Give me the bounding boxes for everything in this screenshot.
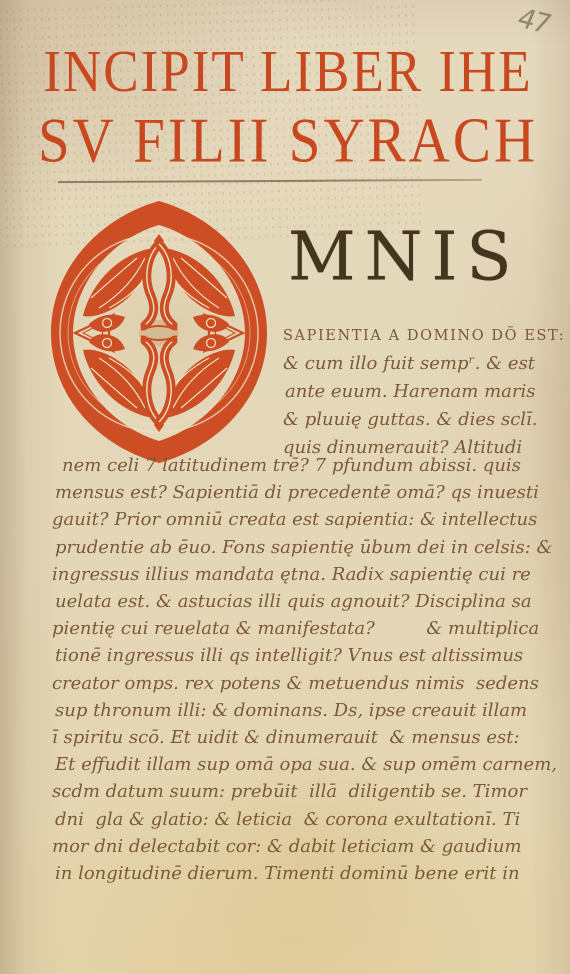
body-line: nem celi 7 latitudinem trē? 7 pfundum ab… bbox=[52, 452, 568, 479]
manuscript-page: 47 INCIPIT LIBER IHE SV FILII SYRACH bbox=[0, 0, 570, 974]
body-line: gauit? Prior omniū creata est sapientia:… bbox=[52, 506, 568, 533]
body-line: mensus est? Sapientiā di precedentē omā?… bbox=[55, 479, 568, 506]
body-line: uelata est. & astucias illi quis agnouit… bbox=[55, 588, 568, 615]
body-line: Et effudit illam sup omā opa sua. & sup … bbox=[55, 751, 568, 778]
body-line: sup thronum illi: & dominans. Ds, ipse c… bbox=[55, 697, 568, 724]
body-line: creator omps. rex potens & metuendus nim… bbox=[52, 670, 568, 697]
body-line: pientię cui reuelata & manifestata? & mu… bbox=[52, 615, 568, 642]
rustic-capitals-line: SAPIENTIA A DOMINO DÕ EST: bbox=[283, 322, 567, 350]
incipit-title-line-2: SV FILII SYRACH bbox=[30, 102, 546, 180]
body-line: scdm datum suum: prebūit illā diligentib… bbox=[52, 778, 568, 805]
column-line: ante euum. Harenam maris bbox=[285, 378, 567, 406]
body-line: prudentie ab ēuo. Fons sapientię ūbum de… bbox=[55, 534, 568, 561]
body-line: in longitudinē dierum. Timenti dominū be… bbox=[55, 860, 568, 887]
main-text-block: nem celi 7 latitudinem trē? 7 pfundum ab… bbox=[52, 452, 568, 887]
initial-word-rest: MNIS bbox=[288, 206, 521, 308]
body-line: ingressus illius mandata ętna. Radix sap… bbox=[52, 561, 568, 588]
column-line: & cum illo fuit sempʳ. & est bbox=[283, 350, 567, 378]
text-column-beside-initial: SAPIENTIA A DOMINO DÕ EST: & cum illo fu… bbox=[283, 322, 567, 462]
column-line: & pluuię guttas. & dies sclī. bbox=[283, 406, 567, 434]
illuminated-initial-o bbox=[36, 196, 283, 470]
body-line: ī spiritu scō. Et uidit & dinumerauit & … bbox=[52, 724, 568, 751]
body-line: mor dni delectabit cor: & dabit leticiam… bbox=[52, 833, 568, 860]
incipit-title-line-1: INCIPIT LIBER IHE bbox=[30, 34, 546, 110]
incipit-title: INCIPIT LIBER IHE SV FILII SYRACH bbox=[30, 34, 546, 172]
body-line: dni gla & glatio: & leticia & corona exu… bbox=[55, 806, 568, 833]
initial-o-ornament bbox=[36, 196, 283, 470]
body-line: tionē ingressus illi qs intelligit? Vnus… bbox=[55, 642, 568, 669]
